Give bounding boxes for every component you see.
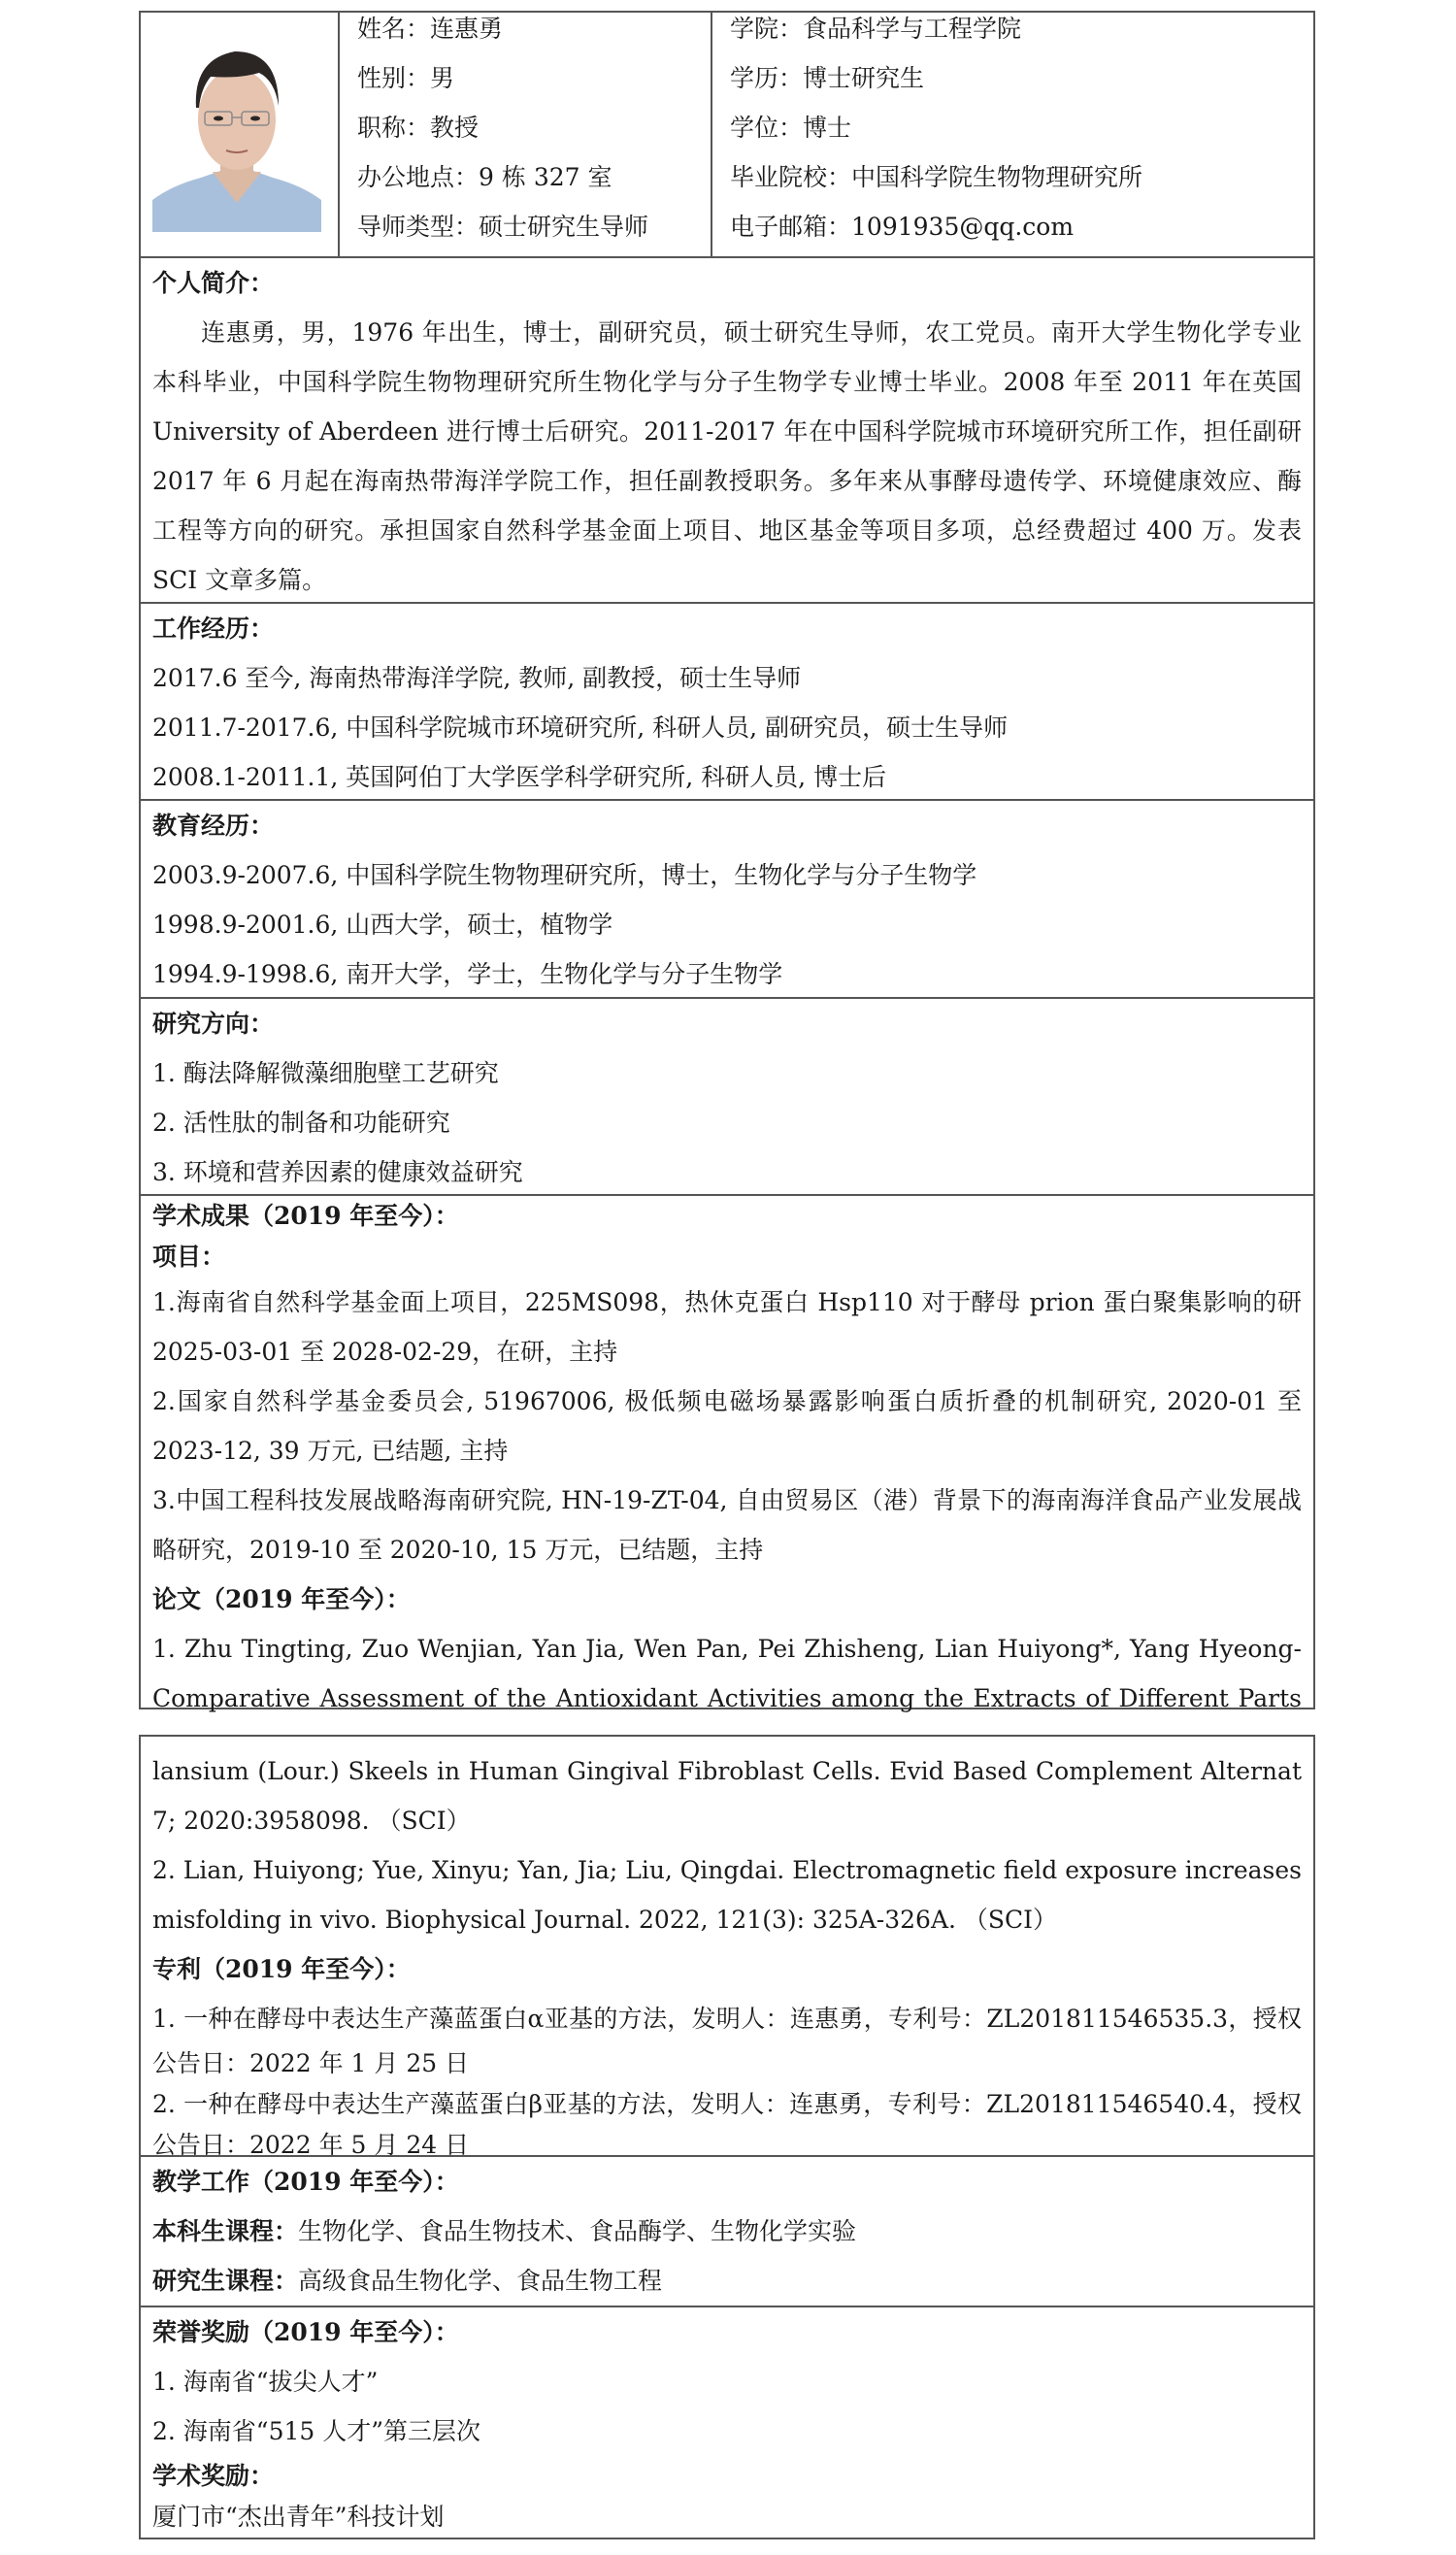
paper-item-cont: 7; 2020:3958098. （SCI） xyxy=(152,1796,1302,1845)
work-section: 工作经历： 2017.6 至今, 海南热带海洋学院, 教师, 副教授，硕士生导师… xyxy=(141,604,1313,801)
supervisor-type-field: 导师类型：硕士研究生导师 xyxy=(357,213,648,242)
project-item: 2.国家自然科学基金委员会, 51967006, 极低频电磁场暴露影响蛋白质折叠… xyxy=(152,1377,1302,1426)
grad-value: 高级食品生物化学、食品生物工程 xyxy=(298,2267,662,2295)
alma-mater-label: 毕业院校： xyxy=(730,163,851,191)
profile-table-page2: lansium (Lour.) Skeels in Human Gingival… xyxy=(139,1735,1315,2539)
work-heading: 工作经历： xyxy=(152,604,1302,653)
research-heading: 研究方向： xyxy=(152,999,1302,1048)
undergrad-value: 生物化学、食品生物技术、食品酶学、生物化学实验 xyxy=(298,2217,856,2245)
title-value: 教授 xyxy=(430,114,479,142)
supervisor-type-label: 导师类型： xyxy=(357,213,479,241)
education-section: 教育经历： 2003.9-2007.6, 中国科学院生物物理研究所，博士，生物化… xyxy=(141,801,1313,999)
profile-table-page1: 姓名：连惠勇 性别：男 职称：教授 办公地点：9 栋 327 室 导师类型：硕士… xyxy=(139,11,1315,1709)
academic-section: 学术成果（2019 年至今）： 项目： 1.海南省自然科学基金面上项目，225M… xyxy=(141,1196,1313,1708)
work-item: 2008.1-2011.1, 英国阿伯丁大学医学科学研究所, 科研人员, 博士后 xyxy=(152,752,1302,802)
basic-info-left: 姓名：连惠勇 性别：男 职称：教授 办公地点：9 栋 327 室 导师类型：硕士… xyxy=(340,13,712,256)
academic-section-cont: lansium (Lour.) Skeels in Human Gingival… xyxy=(141,1737,1313,2157)
office-field: 办公地点：9 栋 327 室 xyxy=(357,163,612,192)
research-item: 3. 环境和营养因素的健康效益研究 xyxy=(152,1147,1302,1197)
teaching-heading: 教学工作（2019 年至今）： xyxy=(152,2157,1302,2207)
work-item: 2011.7-2017.6, 中国科学院城市环境研究所, 科研人员, 副研究员，… xyxy=(152,703,1302,752)
intro-section: 个人简介： 连惠勇，男，1976 年出生，博士，副研究员，硕士研究生导师，农工党… xyxy=(141,258,1313,604)
email-field: 电子邮箱：1091935@qq.com xyxy=(730,213,1074,242)
undergrad-courses: 本科生课程：生物化学、食品生物技术、食品酶学、生物化学实验 xyxy=(152,2207,1302,2256)
education-level-field: 学历：博士研究生 xyxy=(730,64,924,93)
intro-line: 连惠勇，男，1976 年出生，博士，副研究员，硕士研究生导师，农工党员。南开大学… xyxy=(152,308,1302,357)
alma-mater-field: 毕业院校：中国科学院生物物理研究所 xyxy=(730,163,1142,192)
honors-heading: 荣誉奖励（2019 年至今）： xyxy=(152,2307,1302,2357)
research-item: 2. 活性肽的制备和功能研究 xyxy=(152,1098,1302,1147)
profile-photo xyxy=(152,30,321,232)
gender-field: 性别：男 xyxy=(357,64,454,93)
paper-item-cont: lansium (Lour.) Skeels in Human Gingival… xyxy=(152,1746,1302,1796)
patent-item: 2. 一种在酵母中表达生产藻蓝蛋白β亚基的方法，发明人：连惠勇，专利号：ZL20… xyxy=(152,2084,1302,2125)
work-item: 2017.6 至今, 海南热带海洋学院, 教师, 副教授，硕士生导师 xyxy=(152,653,1302,703)
honors-section: 荣誉奖励（2019 年至今）： 1. 海南省“拔尖人才” 2. 海南省“515 … xyxy=(141,2307,1313,2538)
college-value: 食品科学与工程学院 xyxy=(803,15,1021,43)
gender-label: 性别： xyxy=(357,64,430,92)
gender-value: 男 xyxy=(430,64,454,92)
degree-label: 学位： xyxy=(730,114,803,142)
photo-cell xyxy=(141,13,340,256)
name-label: 姓名： xyxy=(357,15,430,43)
paper-item-cont: misfolding in vivo. Biophysical Journal.… xyxy=(152,1895,1302,1944)
academic-heading: 学术成果（2019 年至今）： xyxy=(152,1196,1302,1237)
honor-item: 2. 海南省“515 人才”第三层次 xyxy=(152,2406,1302,2456)
alma-mater-value: 中国科学院生物物理研究所 xyxy=(851,163,1142,191)
office-value: 9 栋 327 室 xyxy=(479,163,612,191)
research-section: 研究方向： 1. 酶法降解微藻细胞壁工艺研究 2. 活性肽的制备和功能研究 3.… xyxy=(141,999,1313,1196)
papers-heading: 论文（2019 年至今）： xyxy=(152,1575,1302,1624)
paper-item-cont: Comparative Assessment of the Antioxidan… xyxy=(152,1674,1302,1723)
profile-header-row: 姓名：连惠勇 性别：男 职称：教授 办公地点：9 栋 327 室 导师类型：硕士… xyxy=(141,13,1313,258)
projects-heading: 项目： xyxy=(152,1237,1302,1277)
paper-item: 1. Zhu Tingting, Zuo Wenjian, Yan Jia, W… xyxy=(152,1624,1302,1674)
project-item-cont: 2025-03-01 至 2028-02-29，在研，主持 xyxy=(152,1327,1302,1377)
education-item: 1998.9-2001.6, 山西大学，硕士，植物学 xyxy=(152,900,1302,949)
education-level-value: 博士研究生 xyxy=(803,64,924,92)
teaching-section: 教学工作（2019 年至今）： 本科生课程：生物化学、食品生物技术、食品酶学、生… xyxy=(141,2157,1313,2307)
education-heading: 教育经历： xyxy=(152,801,1302,850)
academic-award-item: 厦门市“杰出青年”科技计划 xyxy=(152,2497,1302,2538)
intro-heading: 个人简介： xyxy=(152,258,1302,308)
portrait-image xyxy=(152,30,321,232)
patents-heading: 专利（2019 年至今）： xyxy=(152,1944,1302,1994)
education-level-label: 学历： xyxy=(730,64,803,92)
honor-item: 1. 海南省“拔尖人才” xyxy=(152,2357,1302,2406)
project-item-cont: 略研究，2019-10 至 2020-10, 15 万元，已结题，主持 xyxy=(152,1525,1302,1575)
intro-line: SCI 文章多篇。 xyxy=(152,555,1302,605)
supervisor-type-value: 硕士研究生导师 xyxy=(479,213,648,241)
intro-line: 2017 年 6 月起在海南热带海洋学院工作，担任副教授职务。多年来从事酵母遗传… xyxy=(152,456,1302,506)
name-field: 姓名：连惠勇 xyxy=(357,15,503,44)
patent-item: 1. 一种在酵母中表达生产藻蓝蛋白α亚基的方法，发明人：连惠勇，专利号：ZL20… xyxy=(152,1994,1302,2043)
intro-line: 本科毕业，中国科学院生物物理研究所生物化学与分子生物学专业博士毕业。2008 年… xyxy=(152,357,1302,407)
degree-value: 博士 xyxy=(803,114,851,142)
education-item: 1994.9-1998.6, 南开大学，学士，生物化学与分子生物学 xyxy=(152,949,1302,999)
grad-courses: 研究生课程：高级食品生物化学、食品生物工程 xyxy=(152,2256,1302,2306)
name-value: 连惠勇 xyxy=(430,15,503,43)
title-field: 职称：教授 xyxy=(357,114,479,143)
paper-item: 2. Lian, Huiyong; Yue, Xinyu; Yan, Jia; … xyxy=(152,1845,1302,1895)
office-label: 办公地点： xyxy=(357,163,479,191)
academic-awards-heading: 学术奖励： xyxy=(152,2456,1302,2497)
intro-line: University of Aberdeen 进行博士后研究。2011-2017… xyxy=(152,407,1302,456)
email-label: 电子邮箱： xyxy=(730,213,851,241)
degree-field: 学位：博士 xyxy=(730,114,851,143)
grad-label: 研究生课程： xyxy=(152,2267,298,2295)
project-item: 1.海南省自然科学基金面上项目，225MS098，热休克蛋白 Hsp110 对于… xyxy=(152,1277,1302,1327)
title-label: 职称： xyxy=(357,114,430,142)
email-value[interactable]: 1091935@qq.com xyxy=(851,213,1074,241)
basic-info-right: 学院：食品科学与工程学院 学历：博士研究生 学位：博士 毕业院校：中国科学院生物… xyxy=(712,13,1313,256)
intro-line: 工程等方向的研究。承担国家自然科学基金面上项目、地区基金等项目多项，总经费超过 … xyxy=(152,506,1302,555)
project-item: 3.中国工程科技发展战略海南研究院, HN-19-ZT-04, 自由贸易区（港）… xyxy=(152,1476,1302,1525)
college-field: 学院：食品科学与工程学院 xyxy=(730,15,1021,44)
undergrad-label: 本科生课程： xyxy=(152,2217,298,2245)
college-label: 学院： xyxy=(730,15,803,43)
project-item-cont: 2023-12, 39 万元, 已结题, 主持 xyxy=(152,1426,1302,1476)
education-item: 2003.9-2007.6, 中国科学院生物物理研究所，博士，生物化学与分子生物… xyxy=(152,850,1302,900)
research-item: 1. 酶法降解微藻细胞壁工艺研究 xyxy=(152,1048,1302,1098)
patent-item-cont: 公告日：2022 年 1 月 25 日 xyxy=(152,2043,1302,2084)
